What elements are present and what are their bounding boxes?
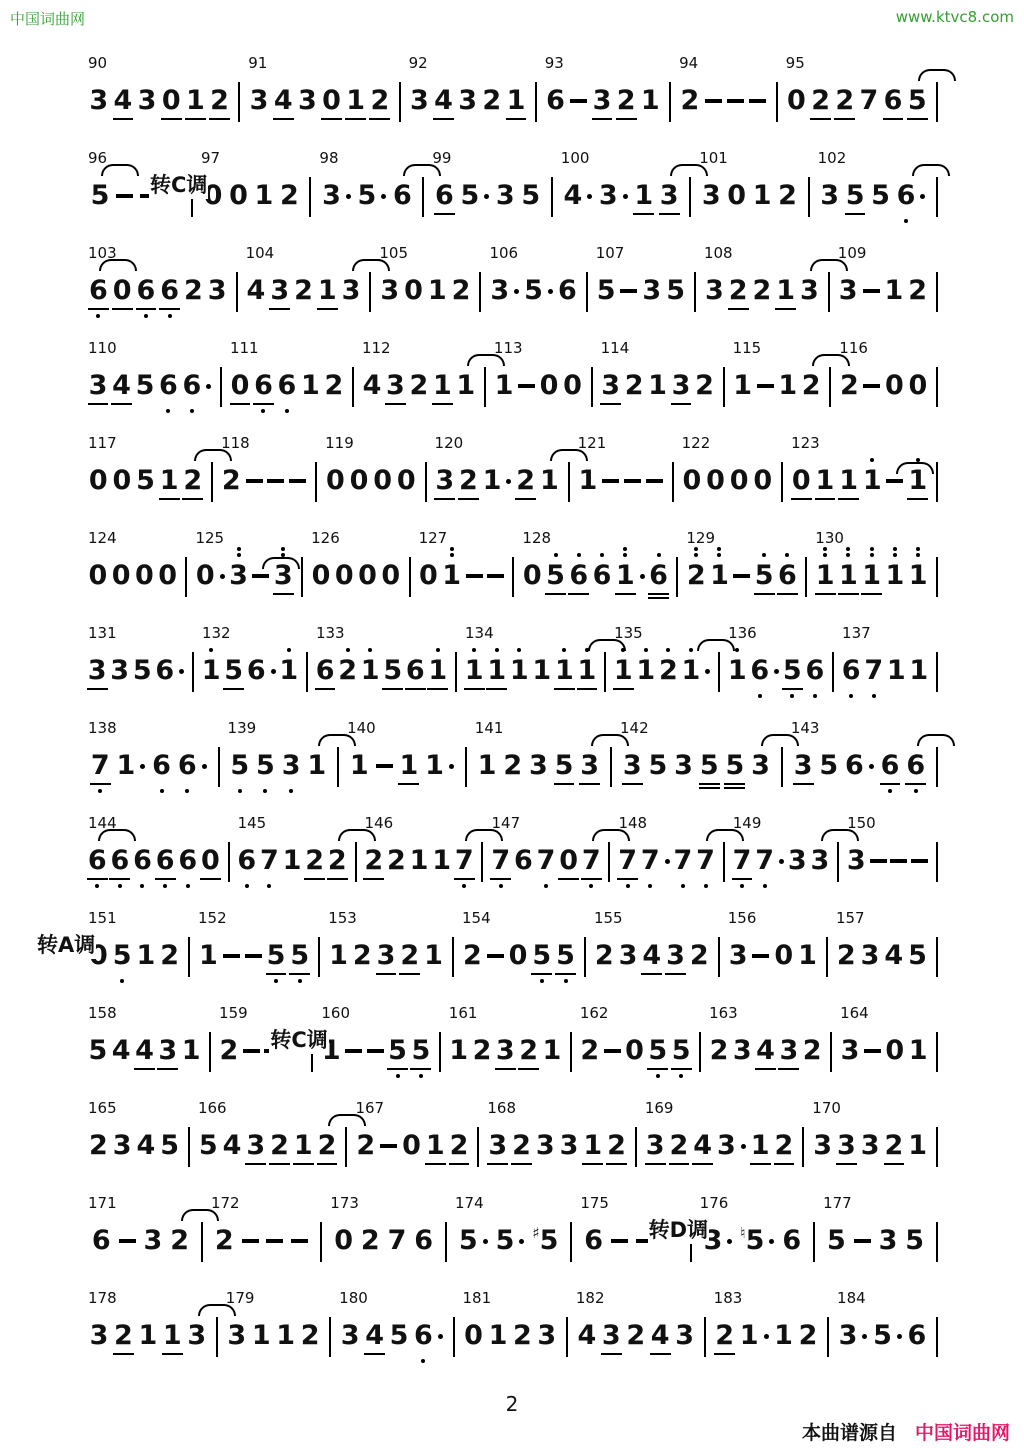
- note: [243, 1049, 260, 1053]
- beam-underline: [162, 1353, 183, 1355]
- measure: 1013012: [691, 143, 807, 238]
- note-digit: 4: [365, 1321, 384, 1351]
- measure-notes: 6535: [424, 173, 550, 219]
- note: 4: [135, 1036, 154, 1066]
- note: 5: [546, 561, 565, 591]
- note-digit: 3: [227, 1321, 246, 1351]
- beam-underline: [398, 783, 419, 785]
- augmentation-dot: [862, 1334, 867, 1339]
- note: 2: [338, 656, 357, 686]
- note: 1: [465, 656, 484, 686]
- note-digit: 2: [210, 86, 229, 116]
- note: 0: [792, 466, 811, 496]
- note-digit: 2: [687, 561, 706, 591]
- note-digit: 0: [563, 371, 582, 401]
- measure-number: 166: [198, 1099, 227, 1117]
- note-digit: 6: [546, 86, 565, 116]
- note-digit: 0: [464, 1321, 483, 1351]
- note-digit: 1: [751, 1131, 770, 1161]
- note: 1: [428, 656, 447, 686]
- measure-number: 90: [88, 54, 107, 72]
- note: [733, 574, 750, 578]
- note: 3: [602, 1321, 621, 1351]
- note-digit: 4: [274, 86, 293, 116]
- note-digit: 0: [358, 561, 377, 591]
- measure: 1351121: [606, 618, 718, 713]
- duration-dash: [266, 1239, 283, 1243]
- measure-notes: 22117: [357, 838, 482, 884]
- note-digit: 2: [370, 86, 389, 116]
- note: 0: [326, 466, 345, 496]
- measure: 164301: [832, 998, 936, 1093]
- note: [911, 859, 928, 863]
- augmentation-dot: [179, 669, 184, 674]
- octave-dot-below: [589, 884, 593, 888]
- note-digit: 3: [158, 1036, 177, 1066]
- note-digit: 2: [170, 1226, 189, 1256]
- note-digit: 2: [908, 276, 927, 306]
- staff-system: 158544311592160转C调1551611232116220551632…: [80, 998, 938, 1093]
- note-digit: 0: [322, 86, 341, 116]
- note-digit: 6: [278, 371, 297, 401]
- note-digit: 1: [202, 656, 221, 686]
- note-digit: 3: [110, 656, 129, 686]
- measure: 9234321: [401, 48, 535, 143]
- note-digit: 3: [529, 751, 548, 781]
- augmentation-dot: [741, 1144, 746, 1149]
- note: [380, 1144, 397, 1148]
- note: 1: [318, 276, 337, 306]
- note-digit: 2: [270, 1131, 289, 1161]
- note-digit: 1: [346, 86, 365, 116]
- note-digit: 3: [246, 1131, 265, 1161]
- note-digit: 3: [322, 181, 341, 211]
- note: 2: [463, 941, 482, 971]
- note: 6: [845, 751, 874, 781]
- measure: 1260000: [303, 523, 408, 618]
- note: 5: [460, 181, 489, 211]
- beam-underline: [269, 1163, 290, 1165]
- note: 1: [733, 371, 752, 401]
- beam-underline: [671, 403, 692, 405]
- duration-dash: [757, 384, 774, 388]
- octave-dot-above: [689, 648, 693, 652]
- note: 1: [507, 86, 526, 116]
- measure-notes: 2112: [706, 1313, 827, 1359]
- note: 2: [799, 1321, 818, 1351]
- augmentation-dot: [727, 1239, 732, 1244]
- note: 3: [642, 276, 661, 306]
- beam-underline: [617, 878, 638, 880]
- measure-notes: 301: [832, 1028, 936, 1074]
- measure-number: 137: [842, 624, 871, 642]
- note-digit: 6: [182, 371, 201, 401]
- beam-underline: [622, 783, 643, 785]
- note-digit: 3: [779, 1036, 798, 1066]
- note-digit: 2: [778, 181, 797, 211]
- measure: 152155: [190, 903, 318, 998]
- note: 3: [250, 86, 269, 116]
- note-digit: 6: [89, 276, 108, 306]
- augmentation-dot: [271, 669, 276, 674]
- note-digit: 6: [316, 656, 335, 686]
- note: 1: [410, 846, 429, 876]
- note: 1: [776, 276, 795, 306]
- note: 3: [536, 1131, 555, 1161]
- site-name-link[interactable]: 中国词曲网: [10, 8, 85, 29]
- note-digit: 0: [334, 1226, 353, 1256]
- measure-number: 124: [88, 529, 117, 547]
- measure: 91343012: [240, 48, 398, 143]
- tie-arc: [896, 462, 934, 474]
- beam-underline: [315, 688, 336, 690]
- note: 4: [434, 86, 453, 116]
- note: 0: [509, 941, 528, 971]
- measure: 11243211: [354, 333, 484, 428]
- duration-dash: [570, 99, 587, 103]
- source-site-link[interactable]: 中国词曲网: [915, 1422, 1010, 1444]
- note-digit: 0: [774, 941, 793, 971]
- note-digit: 1: [578, 656, 597, 686]
- note-digit: 0: [112, 561, 131, 591]
- note-digit: 2: [356, 1131, 375, 1161]
- note: 3: [298, 86, 317, 116]
- note: 4: [884, 941, 903, 971]
- note: 6: [178, 846, 197, 876]
- octave-dot-above: [846, 553, 850, 557]
- note-digit: 1: [816, 561, 835, 591]
- octave-dot-above: [893, 553, 897, 557]
- note-digit: 5: [649, 751, 668, 781]
- note: 2: [710, 1036, 729, 1066]
- note: 3: [158, 1036, 177, 1066]
- octave-dot-above: [785, 553, 789, 557]
- measure-number: 182: [576, 1289, 605, 1307]
- measure-number: 158: [88, 1004, 117, 1022]
- beam-underline: [464, 688, 485, 690]
- note: 5: [496, 1226, 525, 1256]
- octave-dot-above: [870, 458, 874, 462]
- measure-notes: 33321: [804, 1123, 936, 1169]
- note-digit: 1: [283, 846, 302, 876]
- octave-dot-below: [763, 884, 767, 888]
- note-digit: 1: [199, 941, 218, 971]
- note: 7: [674, 846, 693, 876]
- note: 2: [625, 371, 644, 401]
- note-digit: 6: [593, 561, 612, 591]
- note: 6: [906, 751, 925, 781]
- note: 3: [675, 1321, 694, 1351]
- note-digit: 3: [602, 1321, 621, 1351]
- note: 1: [778, 371, 797, 401]
- note-digit: 1: [329, 941, 348, 971]
- note-digit: 6: [178, 751, 197, 781]
- note: 1: [307, 751, 326, 781]
- staff-system: 1716321722173027617455♯51756176转D调3♮5617…: [80, 1188, 938, 1283]
- note-digit: 2: [305, 846, 324, 876]
- note-digit: 3: [599, 181, 618, 211]
- note-digit: 1: [887, 656, 906, 686]
- note: 2: [183, 466, 202, 496]
- note: 2: [580, 1036, 599, 1066]
- note-digit: 2: [519, 1036, 538, 1066]
- augmentation-dot: [519, 1239, 524, 1244]
- measure-notes: 056616: [514, 553, 676, 599]
- note-digit: 7: [733, 846, 752, 876]
- note: 3: [702, 181, 721, 211]
- measure-notes: 632: [80, 1218, 201, 1264]
- duration-dash: [245, 954, 262, 958]
- measure: 15854431: [80, 998, 209, 1093]
- measure: 13011111: [807, 523, 936, 618]
- note: 3: [623, 751, 642, 781]
- measure-number: 153: [328, 909, 357, 927]
- note-digit: 1: [909, 1036, 928, 1066]
- note: [116, 194, 133, 198]
- note: [749, 99, 766, 103]
- note-digit: 2: [338, 656, 357, 686]
- measure: 1810123: [455, 1283, 566, 1378]
- staff-system: 1783211317931121803456181012318243243183…: [80, 1283, 938, 1378]
- measure: 1313356: [80, 618, 192, 713]
- note-digit: 2: [659, 656, 678, 686]
- note: [864, 1049, 881, 1053]
- note-digit: 3: [861, 941, 880, 971]
- measure-notes: 67122: [230, 838, 355, 884]
- note-digit: 3: [800, 276, 819, 306]
- note: 5: [873, 1321, 902, 1351]
- note: 1: [710, 561, 729, 591]
- note-digit: 2: [280, 181, 299, 211]
- beam-underline: [490, 878, 511, 880]
- duration-dash: [466, 574, 483, 578]
- octave-dot-above: [823, 547, 827, 551]
- note: 1: [614, 656, 633, 686]
- note: [886, 479, 903, 483]
- measure-number: 101: [699, 149, 728, 167]
- beam-underline: [600, 403, 621, 405]
- measure-notes: 356: [311, 173, 422, 219]
- beam-underline: [155, 878, 176, 880]
- octave-dot-below: [245, 884, 249, 888]
- note: 1: [540, 466, 559, 496]
- measure-notes: 32113: [80, 1313, 216, 1359]
- measure-number: 173: [330, 1194, 359, 1212]
- octave-dot-above: [657, 553, 661, 557]
- measure-number: 164: [840, 1004, 869, 1022]
- barline: [936, 462, 938, 502]
- measure-notes: 76707: [483, 838, 608, 884]
- note: 1: [816, 466, 835, 496]
- note-digit: 1: [307, 751, 326, 781]
- note: 5: [648, 1036, 667, 1066]
- note-digit: 1: [399, 751, 418, 781]
- note-digit: 0: [381, 561, 400, 591]
- note-digit: 3: [841, 1036, 860, 1066]
- beam-underline: [304, 878, 325, 880]
- note-digit: 5: [390, 1321, 409, 1351]
- staff-system: 1652345166543212167201216832331216932431…: [80, 1093, 938, 1188]
- octave-dot-above: [846, 547, 850, 551]
- note-digit: 5: [388, 1036, 407, 1066]
- note: 1: [885, 561, 904, 591]
- note-digit: 5: [755, 561, 774, 591]
- note-digit: 2: [580, 1036, 599, 1066]
- note-digit: 2: [512, 1131, 531, 1161]
- note: 6: [237, 846, 256, 876]
- measure: 156301: [720, 903, 826, 998]
- octave-dot-below: [626, 884, 630, 888]
- note: 1: [163, 1321, 182, 1351]
- octave-dot-below: [790, 694, 794, 698]
- measure-notes: 0000: [674, 458, 781, 504]
- beam-underline: [810, 118, 831, 120]
- note-digit: 5: [873, 1321, 892, 1351]
- note-digit: 3: [496, 181, 515, 211]
- note-digit: 0: [373, 466, 392, 496]
- measure-notes: 32213: [696, 268, 828, 314]
- note: 6: [778, 561, 797, 591]
- note-digit: 5: [546, 561, 565, 591]
- note-digit: 6: [92, 1226, 111, 1256]
- beam-underline: [454, 878, 475, 880]
- measure-number: 125: [195, 529, 224, 547]
- tie-arc: [194, 449, 232, 461]
- measure-number: 139: [228, 719, 257, 737]
- note: 0: [774, 941, 793, 971]
- note: 2: [670, 1131, 689, 1161]
- beam-underline: [405, 688, 426, 690]
- note: 1: [361, 656, 380, 686]
- note: 4: [114, 86, 133, 116]
- beam-underline: [750, 1163, 771, 1165]
- note: 3: [788, 846, 807, 876]
- note: 3: [861, 1131, 880, 1161]
- note-digit: 1: [885, 561, 904, 591]
- note-digit: 0: [113, 276, 132, 306]
- note: 2: [184, 276, 203, 306]
- note: 3: [138, 86, 157, 116]
- beam-underline: [87, 688, 108, 690]
- note: 1: [186, 86, 205, 116]
- note: 3: [861, 941, 880, 971]
- measure: 1622055: [572, 998, 699, 1093]
- tie-arc: [588, 639, 626, 651]
- note-digit: 3: [879, 1226, 898, 1256]
- note-digit: 3: [536, 1131, 555, 1161]
- measure-number: 175: [580, 1194, 609, 1212]
- octave-dot-below: [261, 409, 265, 413]
- note: 3: [490, 276, 519, 306]
- note: 2: [410, 371, 429, 401]
- note: 3: [435, 466, 454, 496]
- note-digit: 6: [156, 846, 175, 876]
- site-url-link[interactable]: www.ktvc8.com: [896, 8, 1014, 26]
- note: 7: [864, 656, 883, 686]
- note-digit: 0: [89, 466, 108, 496]
- measure-number: 121: [578, 434, 607, 452]
- beam-underline: [671, 1068, 692, 1070]
- note-digit: 0: [792, 466, 811, 496]
- measure: 97转C调0012: [193, 143, 309, 238]
- beam-underline: [269, 308, 290, 310]
- tie-arc: [592, 829, 630, 841]
- measure: 1542055: [454, 903, 584, 998]
- note: 6: [254, 371, 273, 401]
- note-digit: 7: [860, 86, 879, 116]
- note-digit: 2: [752, 276, 771, 306]
- note-digit: 1: [774, 1321, 793, 1351]
- note-digit: 2: [811, 86, 830, 116]
- note-digit: 3: [377, 941, 396, 971]
- note-digit: 3: [847, 846, 866, 876]
- duration-dash: [863, 384, 880, 388]
- note-digit: 5: [290, 941, 309, 971]
- note: 0: [706, 466, 725, 496]
- note-digit: 2: [670, 1131, 689, 1161]
- note: 1: [798, 941, 817, 971]
- note-digit: 7: [582, 846, 601, 876]
- measure-notes: 32132: [593, 363, 723, 409]
- augmentation-dot: [483, 1239, 488, 1244]
- beam-underline: [555, 973, 576, 975]
- octave-dot-above: [717, 553, 721, 557]
- note: 1: [816, 561, 835, 591]
- octave-dot-below: [704, 884, 708, 888]
- beam-underline: [861, 593, 882, 595]
- note: 1: [495, 371, 514, 401]
- note: 2: [452, 276, 471, 306]
- note-digit: 0: [88, 561, 107, 591]
- note-digit: 1: [507, 86, 526, 116]
- note-digit: 1: [478, 751, 497, 781]
- note: 0: [158, 561, 177, 591]
- octave-dot-above: [237, 547, 241, 551]
- note: 5: [388, 1036, 407, 1066]
- note: 6: [92, 1226, 111, 1256]
- octave-dot-below: [160, 789, 164, 793]
- measure: 140111: [339, 713, 465, 808]
- measure-number: 128: [522, 529, 551, 547]
- note: 6: [782, 1226, 801, 1256]
- note: 2: [318, 1131, 337, 1161]
- note: 3: [488, 1131, 507, 1161]
- duration-dash: [487, 574, 504, 578]
- beam-underline: [601, 1353, 622, 1355]
- note-digit: 1: [456, 371, 475, 401]
- barline: [936, 842, 938, 882]
- note-digit: 2: [729, 276, 748, 306]
- note: [604, 1049, 621, 1053]
- measure-notes: 324312: [637, 1123, 802, 1169]
- note-digit: 1: [489, 1321, 508, 1351]
- duration-dash: [864, 1049, 881, 1053]
- measure: 166543212: [190, 1093, 345, 1188]
- tie-arc: [101, 164, 139, 176]
- staff-system: 1313356132156113362156113411111113511211…: [80, 618, 938, 713]
- note: 2: [687, 561, 706, 591]
- measure: 11106612: [222, 333, 352, 428]
- note: 5: [230, 751, 249, 781]
- measure-notes: 343012: [80, 78, 238, 124]
- beam-underline: [838, 593, 859, 595]
- note: 6: [152, 751, 171, 781]
- note: [624, 479, 641, 483]
- note-digit: 2: [294, 276, 313, 306]
- beam-underline: [641, 973, 662, 975]
- note-digit: 6: [152, 751, 171, 781]
- note: 5: [597, 276, 616, 306]
